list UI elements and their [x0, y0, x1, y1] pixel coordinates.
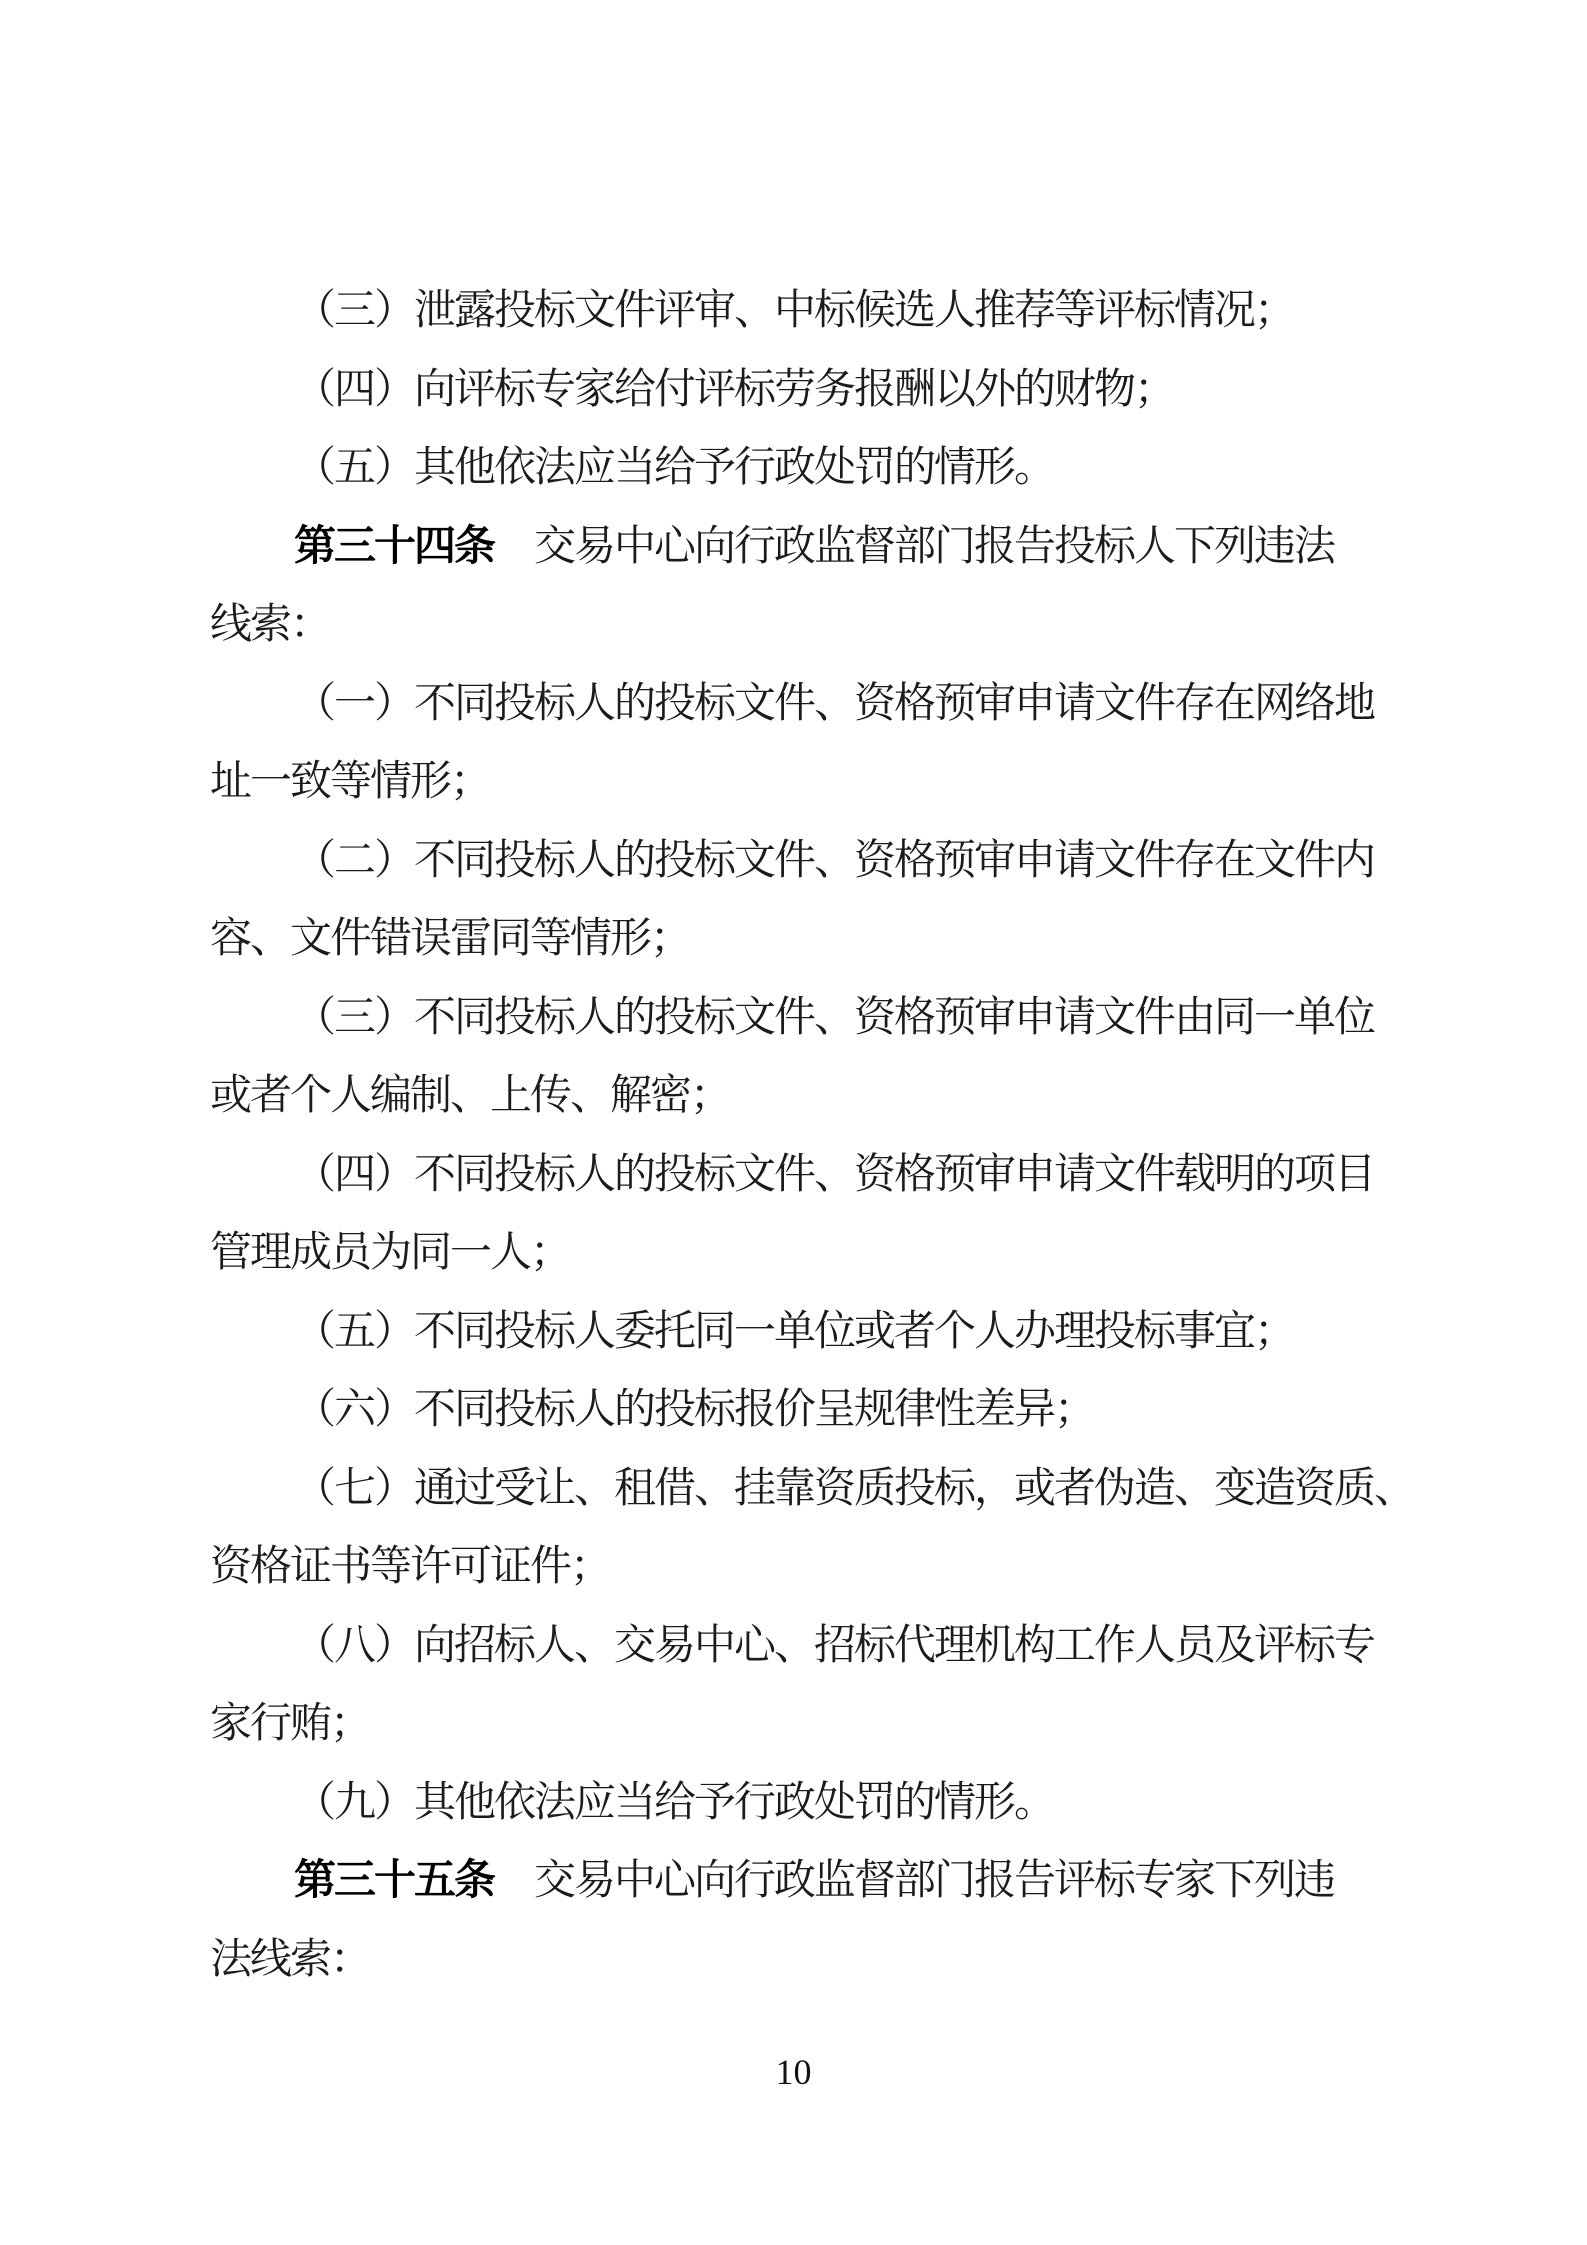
text-segment: 交易中心向行政监督部门报告评标专家下列违 [494, 1858, 1334, 1904]
text-line: 资格证书等许可证件； [210, 1528, 1390, 1607]
paragraph: （五）其他依法应当给予行政处罚的情形。 [210, 429, 1390, 508]
text-line: 家行贿； [210, 1685, 1390, 1764]
text-line: （八）向招标人、交易中心、招标代理机构工作人员及评标专 [210, 1607, 1390, 1686]
text-segment: （九）其他依法应当给予行政处罚的情形。 [294, 1780, 1054, 1826]
text-segment: （二）不同投标人的投标文件、资格预审申请文件存在文件内 [294, 838, 1374, 884]
paragraph: （二）不同投标人的投标文件、资格预审申请文件存在文件内容、文件错误雷同等情形； [210, 822, 1390, 979]
text-line: 容、文件错误雷同等情形； [210, 900, 1390, 979]
paragraph: （一）不同投标人的投标文件、资格预审申请文件存在网络地址一致等情形； [210, 665, 1390, 822]
paragraph: （五）不同投标人委托同一单位或者个人办理投标事宜； [210, 1293, 1390, 1372]
text-segment: 线索： [210, 602, 330, 648]
text-segment: 容、文件错误雷同等情形； [210, 916, 690, 962]
text-line: 址一致等情形； [210, 743, 1390, 822]
text-line: （三）不同投标人的投标文件、资格预审申请文件由同一单位 [210, 979, 1390, 1058]
document-body: （三）泄露投标文件评审、中标候选人推荐等评标情况；（四）向评标专家给付评标劳务报… [210, 272, 1390, 1999]
text-line: （六）不同投标人的投标报价呈规律性差异； [210, 1371, 1390, 1450]
text-line: 管理成员为同一人； [210, 1214, 1390, 1293]
text-segment: 资格证书等许可证件； [210, 1544, 610, 1590]
text-segment: 交易中心向行政监督部门报告投标人下列违法 [494, 524, 1334, 570]
page-number: 10 [0, 2050, 1587, 2094]
text-line: （四）不同投标人的投标文件、资格预审申请文件载明的项目 [210, 1136, 1390, 1215]
text-segment: （三）不同投标人的投标文件、资格预审申请文件由同一单位 [294, 995, 1374, 1041]
paragraph: 第三十四条 交易中心向行政监督部门报告投标人下列违法线索： [210, 508, 1390, 665]
text-segment: （三）泄露投标文件评审、中标候选人推荐等评标情况； [294, 288, 1294, 334]
document-page: （三）泄露投标文件评审、中标候选人推荐等评标情况；（四）向评标专家给付评标劳务报… [0, 0, 1587, 2245]
text-segment: 址一致等情形； [210, 759, 490, 805]
paragraph: （三）泄露投标文件评审、中标候选人推荐等评标情况； [210, 272, 1390, 351]
text-line: 法线索： [210, 1921, 1390, 2000]
text-line: 第三十五条 交易中心向行政监督部门报告评标专家下列违 [210, 1842, 1390, 1921]
text-line: （七）通过受让、租借、挂靠资质投标，或者伪造、变造资质、 [210, 1450, 1390, 1529]
text-segment: （一）不同投标人的投标文件、资格预审申请文件存在网络地 [294, 681, 1374, 727]
paragraph: （七）通过受让、租借、挂靠资质投标，或者伪造、变造资质、资格证书等许可证件； [210, 1450, 1390, 1607]
text-segment: （四）不同投标人的投标文件、资格预审申请文件载明的项目 [294, 1152, 1374, 1198]
text-line: （三）泄露投标文件评审、中标候选人推荐等评标情况； [210, 272, 1390, 351]
article-number-label: 第三十四条 [294, 524, 494, 570]
text-line: （九）其他依法应当给予行政处罚的情形。 [210, 1764, 1390, 1843]
text-segment: 管理成员为同一人； [210, 1230, 570, 1276]
paragraph: （九）其他依法应当给予行政处罚的情形。 [210, 1764, 1390, 1843]
text-segment: （六）不同投标人的投标报价呈规律性差异； [294, 1387, 1094, 1433]
paragraph: 第三十五条 交易中心向行政监督部门报告评标专家下列违法线索： [210, 1842, 1390, 1999]
text-segment: 家行贿； [210, 1701, 370, 1747]
text-segment: （四）向评标专家给付评标劳务报酬以外的财物； [294, 367, 1174, 413]
text-line: （五）其他依法应当给予行政处罚的情形。 [210, 429, 1390, 508]
text-segment: 或者个人编制、上传、解密； [210, 1073, 730, 1119]
article-number-label: 第三十五条 [294, 1858, 494, 1904]
paragraph: （四）不同投标人的投标文件、资格预审申请文件载明的项目管理成员为同一人； [210, 1136, 1390, 1293]
text-segment: （八）向招标人、交易中心、招标代理机构工作人员及评标专 [294, 1623, 1374, 1669]
text-line: （二）不同投标人的投标文件、资格预审申请文件存在文件内 [210, 822, 1390, 901]
text-line: （四）向评标专家给付评标劳务报酬以外的财物； [210, 351, 1390, 430]
paragraph: （四）向评标专家给付评标劳务报酬以外的财物； [210, 351, 1390, 430]
text-line: （五）不同投标人委托同一单位或者个人办理投标事宜； [210, 1293, 1390, 1372]
text-line: 线索： [210, 586, 1390, 665]
text-line: （一）不同投标人的投标文件、资格预审申请文件存在网络地 [210, 665, 1390, 744]
text-segment: （五）不同投标人委托同一单位或者个人办理投标事宜； [294, 1309, 1294, 1355]
paragraph: （三）不同投标人的投标文件、资格预审申请文件由同一单位或者个人编制、上传、解密； [210, 979, 1390, 1136]
text-segment: （五）其他依法应当给予行政处罚的情形。 [294, 445, 1054, 491]
text-segment: （七）通过受让、租借、挂靠资质投标，或者伪造、变造资质、 [294, 1466, 1414, 1512]
text-line: 或者个人编制、上传、解密； [210, 1057, 1390, 1136]
text-segment: 法线索： [210, 1937, 370, 1983]
paragraph: （六）不同投标人的投标报价呈规律性差异； [210, 1371, 1390, 1450]
text-line: 第三十四条 交易中心向行政监督部门报告投标人下列违法 [210, 508, 1390, 587]
paragraph: （八）向招标人、交易中心、招标代理机构工作人员及评标专家行贿； [210, 1607, 1390, 1764]
